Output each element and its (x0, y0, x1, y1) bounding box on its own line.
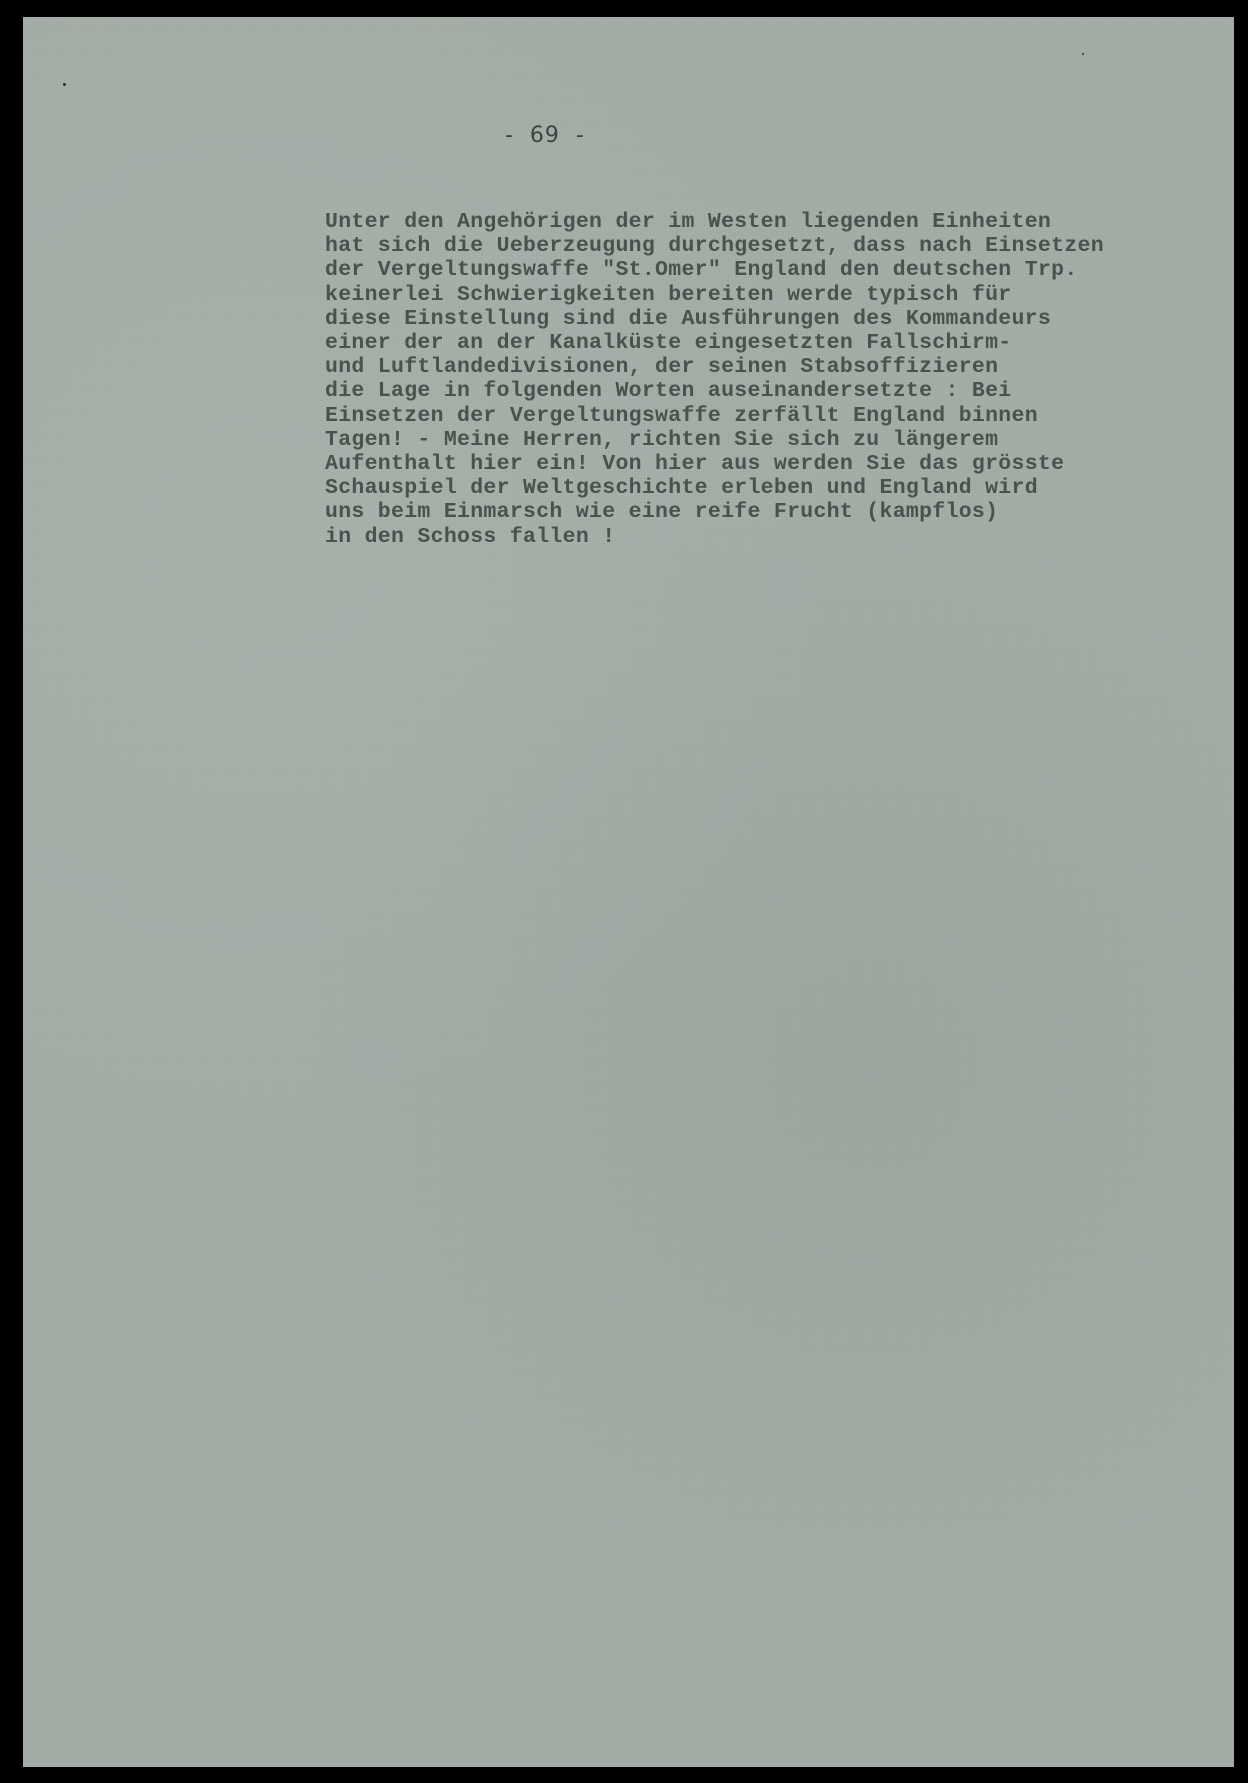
text-line: keinerlei Schwierigkeiten bereiten werde… (325, 283, 1104, 307)
text-line: die Lage in folgenden Worten auseinander… (325, 379, 1104, 403)
text-line: hat sich die Ueberzeugung durchgesetzt, … (325, 234, 1104, 258)
text-line: Aufenthalt hier ein! Von hier aus werden… (325, 452, 1104, 476)
text-line: Schauspiel der Weltgeschichte erleben un… (325, 476, 1104, 500)
text-line: diese Einstellung sind die Ausführungen … (325, 307, 1104, 331)
text-line: der Vergeltungswaffe "St.Omer" England d… (325, 258, 1104, 282)
text-line: Tagen! - Meine Herren, richten Sie sich … (325, 428, 1104, 452)
typewritten-paragraph: Unter den Angehörigen der im Westen lieg… (325, 210, 1104, 549)
text-line: uns beim Einmarsch wie eine reife Frucht… (325, 500, 1104, 524)
text-line: Einsetzen der Vergeltungswaffe zerfällt … (325, 404, 1104, 428)
text-line: und Luftlandedivisionen, der seinen Stab… (325, 355, 1104, 379)
paper-speck (1082, 53, 1084, 55)
text-line: Unter den Angehörigen der im Westen lieg… (325, 210, 1104, 234)
page-number: - 69 - (505, 123, 585, 148)
text-line: in den Schoss fallen ! (325, 525, 1104, 549)
paper-speck (63, 83, 66, 86)
text-line: einer der an der Kanalküste eingesetzten… (325, 331, 1104, 355)
